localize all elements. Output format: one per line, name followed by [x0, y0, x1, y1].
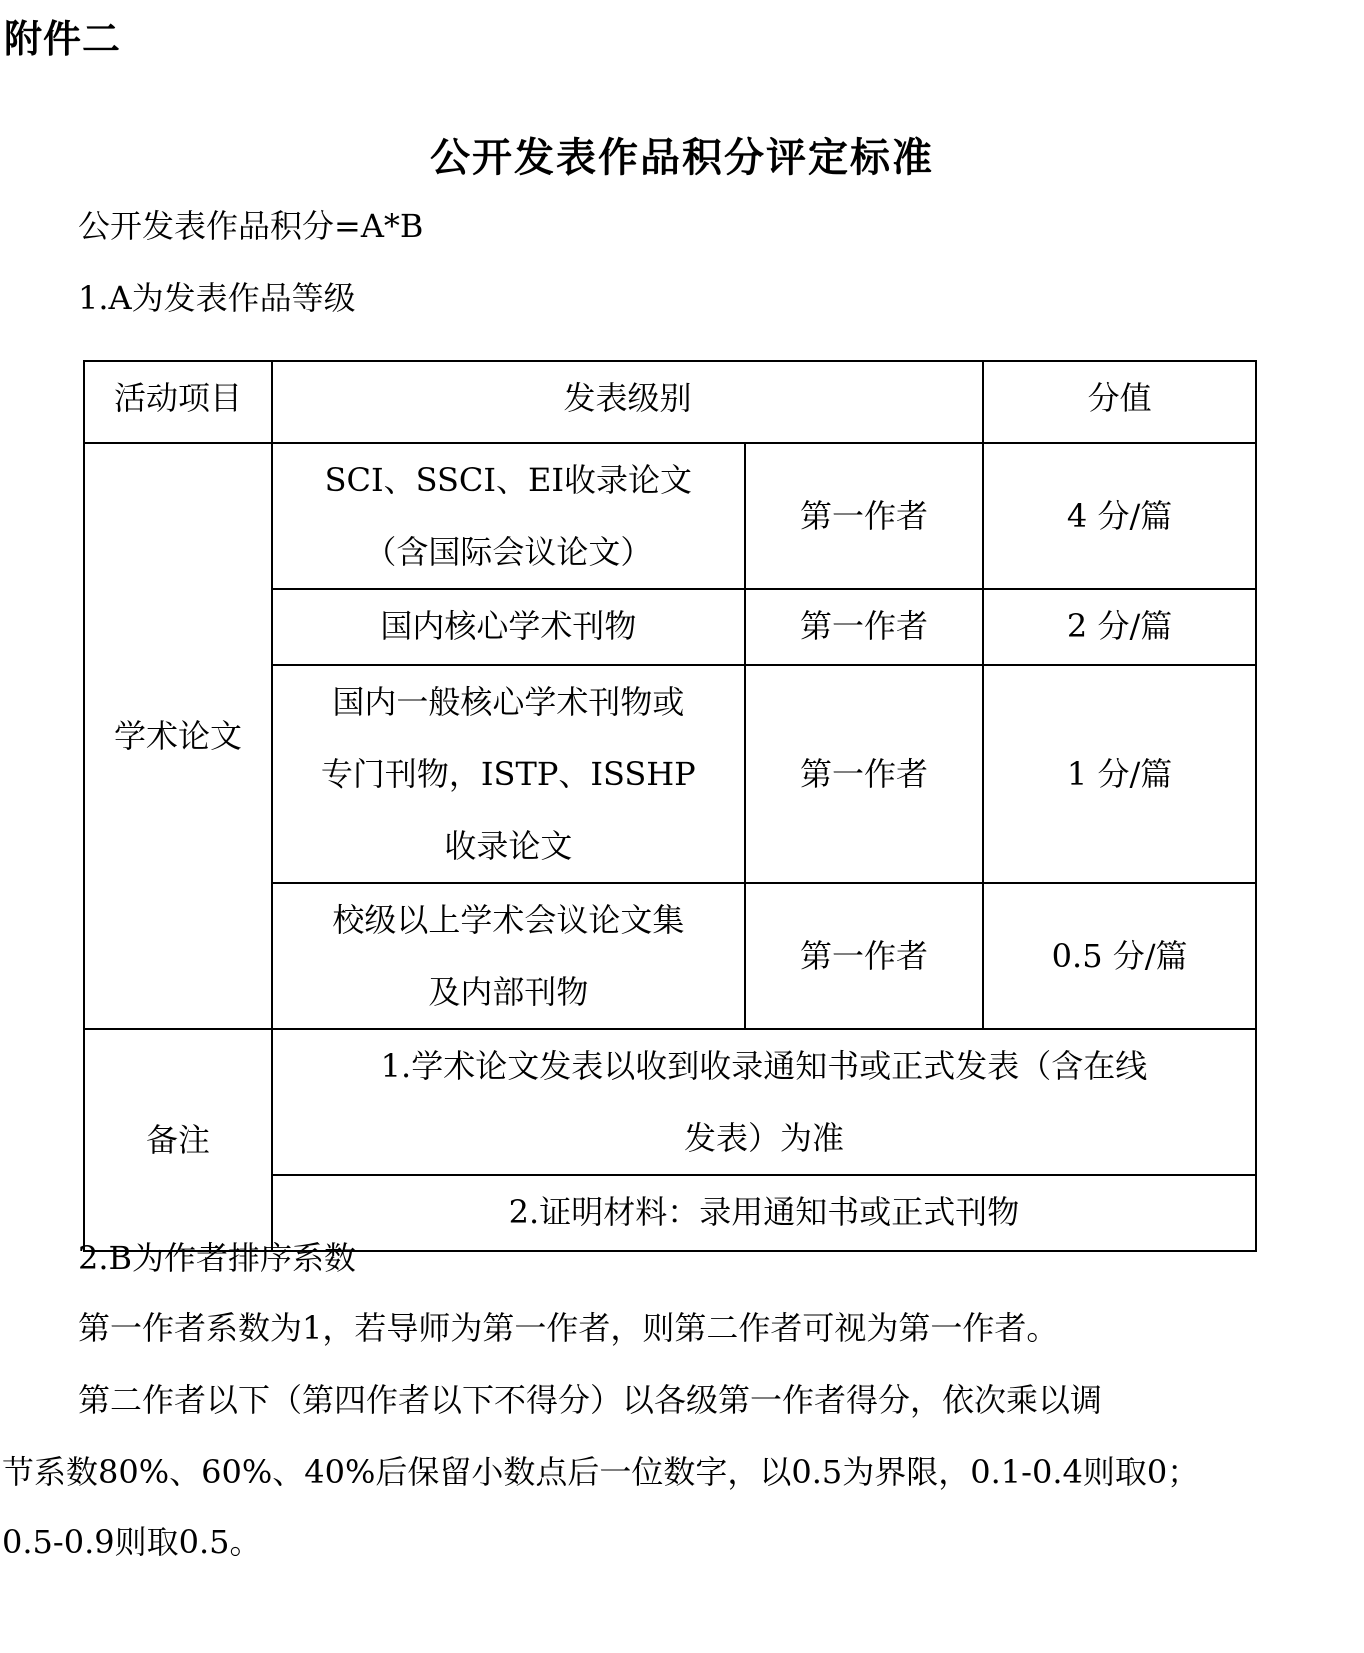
table-row: 学术论文 SCI、SSCI、EI收录论文 （含国际会议论文） 第一作者 4 分/…	[84, 443, 1256, 589]
table-header-row: 活动项目 发表级别 分值	[84, 361, 1256, 443]
header-activity: 活动项目	[84, 361, 272, 443]
category-cell: 学术论文	[84, 443, 272, 1029]
level-cell: 国内核心学术刊物	[272, 589, 745, 665]
score-cell: 2 分/篇	[983, 589, 1256, 665]
notes-row: 备注 1.学术论文发表以收到收录通知书或正式发表（含在线 发表）为准	[84, 1029, 1256, 1175]
level-cell: 国内一般核心学术刊物或 专门刊物，ISTP、ISSHP 收录论文	[272, 665, 745, 883]
document-title: 公开发表作品积分评定标准	[0, 126, 1364, 183]
paragraph-2-line-1: 第二作者以下（第四作者以下不得分）以各级第一作者得分，依次乘以调	[78, 1380, 1102, 1420]
level-line: SCI、SSCI、EI收录论文	[277, 444, 740, 516]
paragraph-2-line-3: 0.5-0.9则取0.5。	[2, 1522, 262, 1562]
author-cell: 第一作者	[745, 589, 983, 665]
section-a-heading: 1.A为发表作品等级	[78, 278, 356, 318]
level-line: 国内一般核心学术刊物或	[277, 666, 740, 738]
paragraph-2-line-2: 节系数80%、60%、40%后保留小数点后一位数字，以0.5为界限，0.1-0.…	[2, 1452, 1199, 1492]
level-line: 校级以上学术会议论文集	[277, 884, 740, 956]
score-cell: 0.5 分/篇	[983, 883, 1256, 1029]
score-cell: 1 分/篇	[983, 665, 1256, 883]
level-line: 及内部刊物	[277, 956, 740, 1028]
formula-text: 公开发表作品积分=A*B	[78, 206, 423, 246]
paragraph-1: 第一作者系数为1，若导师为第一作者，则第二作者可视为第一作者。	[78, 1308, 1058, 1348]
level-line: 专门刊物，ISTP、ISSHP	[277, 738, 740, 810]
level-line: （含国际会议论文）	[277, 516, 740, 588]
notes-label: 备注	[84, 1029, 272, 1251]
note-line: 发表）为准	[277, 1102, 1251, 1174]
author-cell: 第一作者	[745, 443, 983, 589]
header-score: 分值	[983, 361, 1256, 443]
note-2: 2.证明材料：录用通知书或正式刊物	[272, 1175, 1256, 1251]
attachment-label: 附件二	[4, 8, 121, 63]
note-line: 1.学术论文发表以收到收录通知书或正式发表（含在线	[277, 1030, 1251, 1102]
header-level: 发表级别	[272, 361, 983, 443]
score-cell: 4 分/篇	[983, 443, 1256, 589]
section-b-heading: 2.B为作者排序系数	[78, 1238, 356, 1278]
level-cell: SCI、SSCI、EI收录论文 （含国际会议论文）	[272, 443, 745, 589]
author-cell: 第一作者	[745, 883, 983, 1029]
scoring-table: 活动项目 发表级别 分值 学术论文 SCI、SSCI、EI收录论文 （含国际会议…	[83, 360, 1257, 1252]
level-cell: 校级以上学术会议论文集 及内部刊物	[272, 883, 745, 1029]
author-cell: 第一作者	[745, 665, 983, 883]
level-line: 收录论文	[277, 810, 740, 882]
note-1: 1.学术论文发表以收到收录通知书或正式发表（含在线 发表）为准	[272, 1029, 1256, 1175]
